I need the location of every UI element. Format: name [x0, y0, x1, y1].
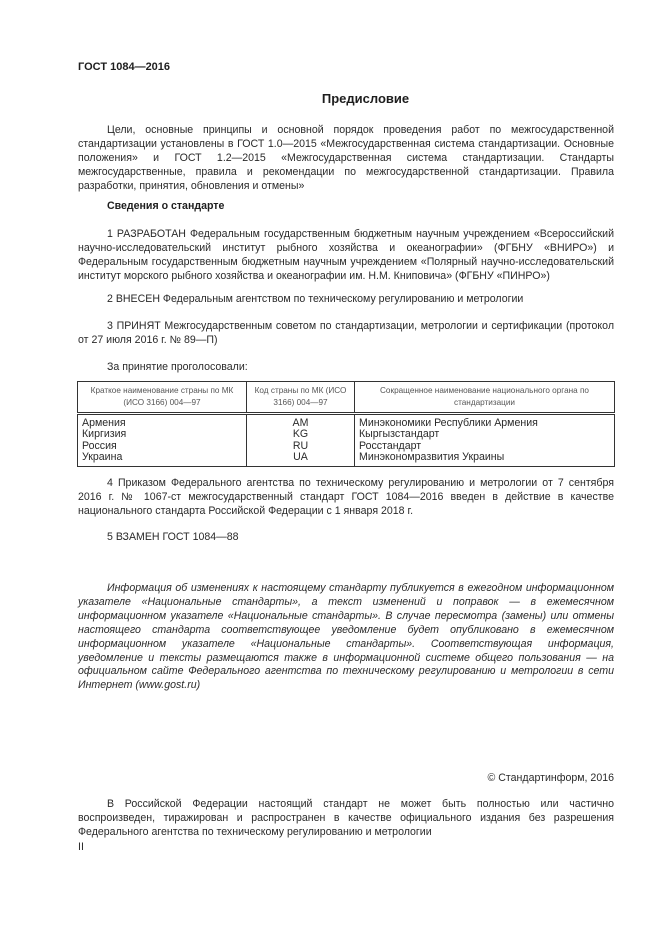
changes-notice: Информация об изменениях к настоящему ст… — [78, 582, 614, 693]
item-submitted: 2 ВНЕСЕН Федеральным агентством по техни… — [78, 293, 614, 307]
table-row: Армения AM Минэкономики Республики Армен… — [78, 414, 615, 430]
column-header-country: Краткое наименование страны по МК (ИСО 3… — [78, 382, 247, 414]
table-row: Россия RU Росстандарт — [78, 441, 615, 452]
page-number: II — [78, 841, 84, 855]
item-replaces: 5 ВЗАМЕН ГОСТ 1084—88 — [78, 531, 614, 545]
cell-code: UA — [247, 452, 355, 467]
reproduction-notice: В Российской Федерации настоящий стандар… — [78, 798, 614, 840]
cell-code: KG — [247, 429, 355, 440]
cell-code: AM — [247, 414, 355, 430]
votes-table: Краткое наименование страны по МК (ИСО 3… — [77, 381, 615, 467]
table-row: Киргизия KG Кыргызстандарт — [78, 429, 615, 440]
cell-organ: Минэкономики Республики Армения — [355, 414, 615, 430]
cell-organ: Минэкономразвития Украины — [355, 452, 615, 467]
cell-country: Киргизия — [78, 429, 247, 440]
table-row: Украина UA Минэкономразвития Украины — [78, 452, 615, 467]
item-developed: 1 РАЗРАБОТАН Федеральным государственным… — [78, 228, 614, 284]
cell-country: Украина — [78, 452, 247, 467]
page-title: Предисловие — [0, 92, 661, 106]
column-header-code: Код страны по МК (ИСО 3166) 004—97 — [247, 382, 355, 414]
column-header-organ: Сокращенное наименование национального о… — [355, 382, 615, 414]
item-enacted: 4 Приказом Федерального агентства по тех… — [78, 477, 614, 519]
table-header-row: Краткое наименование страны по МК (ИСО 3… — [78, 382, 615, 414]
item-adopted: 3 ПРИНЯТ Межгосударственным советом по с… — [78, 320, 614, 348]
section-heading: Сведения о стандарте — [107, 200, 224, 214]
document-id: ГОСТ 1084—2016 — [78, 61, 170, 75]
votes-label: За принятие проголосовали: — [78, 361, 248, 375]
cell-organ: Кыргызстандарт — [355, 429, 615, 440]
cell-country: Армения — [78, 414, 247, 430]
intro-paragraph: Цели, основные принципы и основной поряд… — [78, 124, 614, 194]
copyright: © Стандартинформ, 2016 — [488, 772, 614, 786]
